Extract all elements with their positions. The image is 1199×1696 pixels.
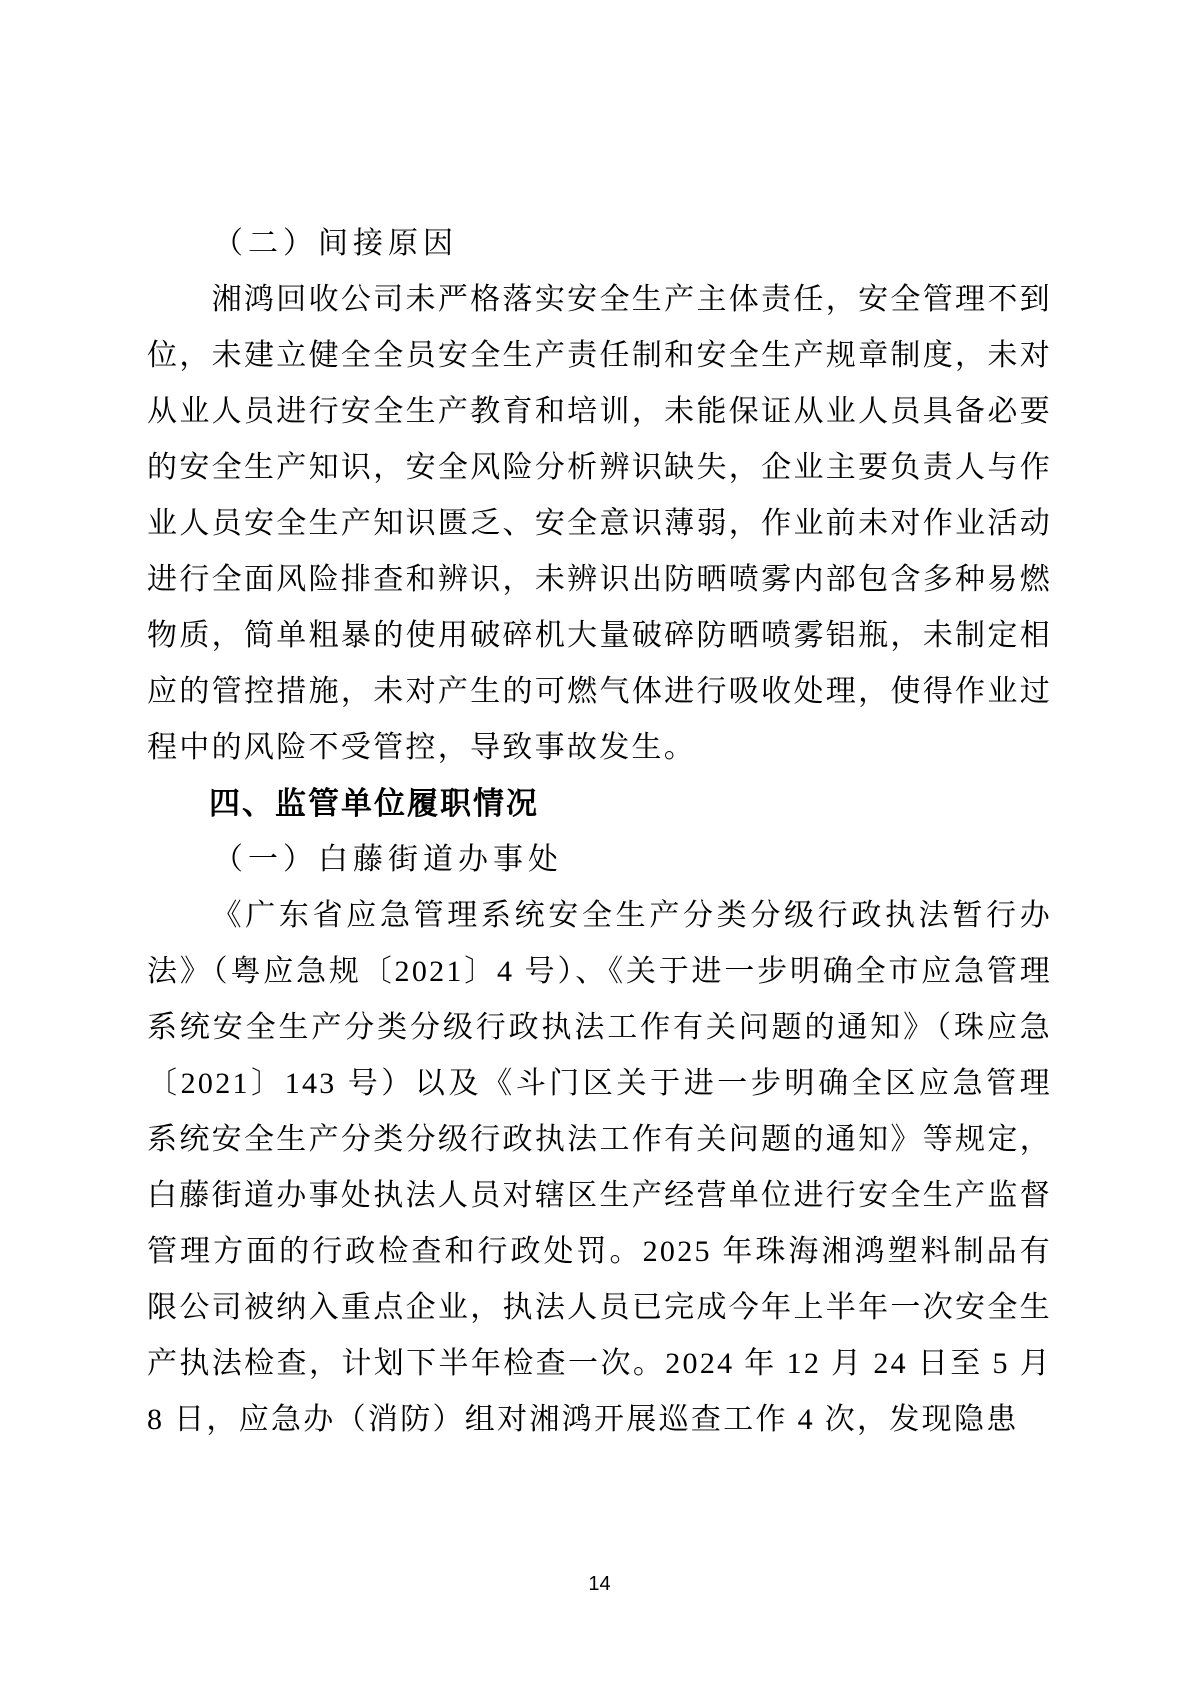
paragraph-indirect-causes: 湘鸿回收公司未严格落实安全生产主体责任，安全管理不到位，未建立健全全员安全生产责… [147,272,1052,776]
paragraph-baiteng-enforcement-details: 《广东省应急管理系统安全生产分类分级行政执法暂行办法》（粤应急规〔2021〕4 … [147,888,1052,1448]
document-body: （二）间接原因 湘鸿回收公司未严格落实安全生产主体责任，安全管理不到位，未建立健… [147,216,1052,1448]
heading-baiteng-subdistrict-office: （一）白藤街道办事处 [147,832,1052,888]
document-page: （二）间接原因 湘鸿回收公司未严格落实安全生产主体责任，安全管理不到位，未建立健… [0,0,1199,1696]
page-number: 14 [0,1572,1199,1596]
heading-supervision-duty-performance: 四、监管单位履职情况 [147,776,1052,832]
heading-indirect-causes: （二）间接原因 [147,216,1052,272]
